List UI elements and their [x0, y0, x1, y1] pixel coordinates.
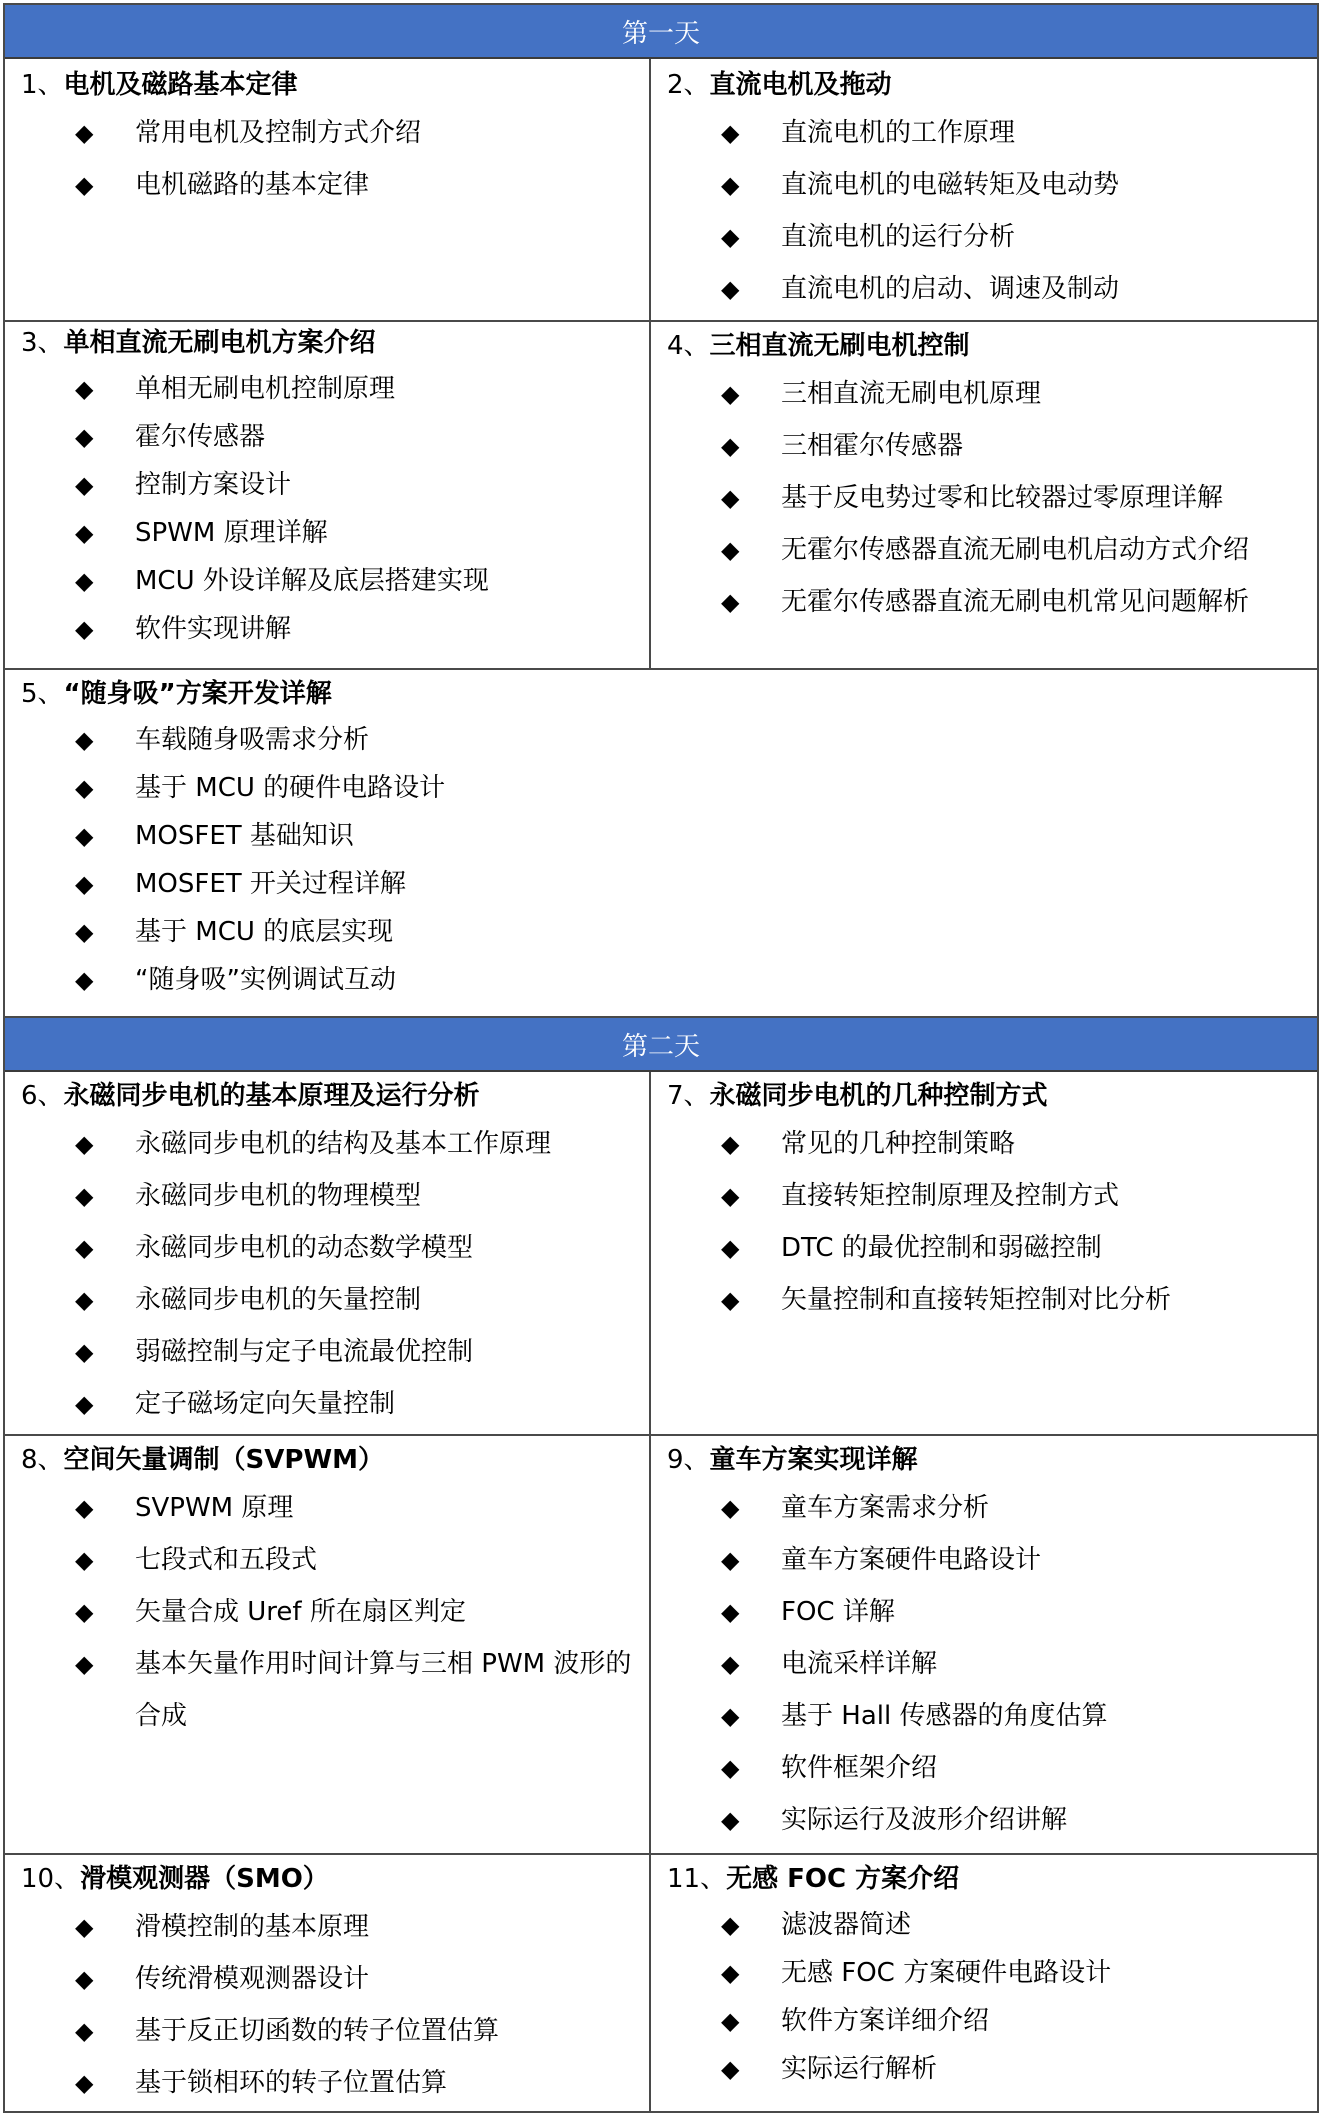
diamond-bullet-icon: ◆ [75, 1953, 105, 2005]
module-1-cell: 1、电机及磁路基本定律 ◆常用电机及控制方式介绍 ◆电机磁路的基本定律 [5, 59, 651, 320]
diamond-bullet-icon: ◆ [75, 1118, 105, 1170]
module-title: 8、空间矢量调制（SVPWM） [21, 1442, 649, 1482]
list-item: ◆童车方案硬件电路设计 [667, 1534, 1317, 1586]
module-title: 9、童车方案实现详解 [667, 1442, 1317, 1482]
module-11-cell: 11、无感 FOC 方案介绍 ◆滤波器简述 ◆无感 FOC 方案硬件电路设计 ◆… [653, 1855, 1317, 2111]
table-row: 5、“随身吸”方案开发详解 ◆车载随身吸需求分析 ◆基于 MCU 的硬件电路设计… [5, 670, 1317, 1018]
list-item: ◆电机磁路的基本定律 [21, 159, 649, 211]
module-3-cell: 3、单相直流无刷电机方案介绍 ◆单相无刷电机控制原理 ◆霍尔传感器 ◆控制方案设… [5, 322, 651, 668]
diamond-bullet-icon: ◆ [75, 1170, 105, 1222]
module-7-cell: 7、永磁同步电机的几种控制方式 ◆常见的几种控制策略 ◆直接转矩控制原理及控制方… [653, 1072, 1317, 1434]
module-title: 2、直流电机及拖动 [667, 67, 1317, 107]
module-2-cell: 2、直流电机及拖动 ◆直流电机的工作原理 ◆直流电机的电磁转矩及电动势 ◆直流电… [653, 59, 1317, 320]
day-1-label: 第一天 [622, 13, 700, 50]
diamond-bullet-icon: ◆ [75, 956, 105, 1004]
list-item: ◆电流采样详解 [667, 1638, 1317, 1690]
list-item: ◆定子磁场定向矢量控制 [21, 1378, 649, 1430]
day-2-header: 第二天 [5, 1018, 1317, 1072]
list-item: ◆MCU 外设详解及底层搭建实现 [21, 557, 649, 605]
list-item: ◆MOSFET 基础知识 [21, 812, 1317, 860]
diamond-bullet-icon: ◆ [75, 605, 105, 653]
list-item: ◆无霍尔传感器直流无刷电机常见问题解析 [667, 576, 1317, 628]
diamond-bullet-icon: ◆ [721, 1586, 751, 1638]
diamond-bullet-icon: ◆ [75, 1326, 105, 1378]
table-row: 3、单相直流无刷电机方案介绍 ◆单相无刷电机控制原理 ◆霍尔传感器 ◆控制方案设… [5, 322, 1317, 670]
module-4-cell: 4、三相直流无刷电机控制 ◆三相直流无刷电机原理 ◆三相霍尔传感器 ◆基于反电势… [653, 322, 1317, 668]
diamond-bullet-icon: ◆ [721, 1949, 751, 1997]
list-item: ◆矢量合成 Uref 所在扇区判定 [21, 1586, 649, 1638]
diamond-bullet-icon: ◆ [75, 1534, 105, 1586]
module-10-cell: 10、滑模观测器（SMO） ◆滑模控制的基本原理 ◆传统滑模观测器设计 ◆基于反… [5, 1855, 651, 2111]
diamond-bullet-icon: ◆ [721, 472, 751, 524]
list-item: ◆永磁同步电机的矢量控制 [21, 1274, 649, 1326]
diamond-bullet-icon: ◆ [721, 1170, 751, 1222]
list-item: ◆SVPWM 原理 [21, 1482, 649, 1534]
diamond-bullet-icon: ◆ [75, 413, 105, 461]
diamond-bullet-icon: ◆ [75, 509, 105, 557]
diamond-bullet-icon: ◆ [75, 1901, 105, 1953]
list-item: ◆单相无刷电机控制原理 [21, 365, 649, 413]
diamond-bullet-icon: ◆ [75, 1638, 105, 1690]
list-item: ◆基本矢量作用时间计算与三相 PWM 波形的合成 [21, 1638, 649, 1742]
list-item: ◆实际运行解析 [667, 2045, 1317, 2093]
list-item: ◆软件实现讲解 [21, 605, 649, 653]
list-item: ◆直流电机的运行分析 [667, 211, 1317, 263]
list-item: ◆基于 MCU 的底层实现 [21, 908, 1317, 956]
diamond-bullet-icon: ◆ [721, 211, 751, 263]
list-item: ◆DTC 的最优控制和弱磁控制 [667, 1222, 1317, 1274]
diamond-bullet-icon: ◆ [721, 1901, 751, 1949]
diamond-bullet-icon: ◆ [75, 860, 105, 908]
list-item: ◆“随身吸”实例调试互动 [21, 956, 1317, 1004]
diamond-bullet-icon: ◆ [721, 576, 751, 628]
list-item: ◆直流电机的工作原理 [667, 107, 1317, 159]
diamond-bullet-icon: ◆ [721, 420, 751, 472]
list-item: ◆基于 Hall 传感器的角度估算 [667, 1690, 1317, 1742]
list-item: ◆永磁同步电机的动态数学模型 [21, 1222, 649, 1274]
diamond-bullet-icon: ◆ [75, 1274, 105, 1326]
list-item: ◆滤波器简述 [667, 1901, 1317, 1949]
diamond-bullet-icon: ◆ [75, 557, 105, 605]
list-item: ◆软件方案详细介绍 [667, 1997, 1317, 2045]
diamond-bullet-icon: ◆ [721, 159, 751, 211]
list-item: ◆基于反电势过零和比较器过零原理详解 [667, 472, 1317, 524]
diamond-bullet-icon: ◆ [75, 716, 105, 764]
diamond-bullet-icon: ◆ [721, 524, 751, 576]
diamond-bullet-icon: ◆ [75, 365, 105, 413]
diamond-bullet-icon: ◆ [721, 1997, 751, 2045]
diamond-bullet-icon: ◆ [721, 1482, 751, 1534]
diamond-bullet-icon: ◆ [75, 1222, 105, 1274]
list-item: ◆基于反正切函数的转子位置估算 [21, 2005, 649, 2057]
list-item: ◆SPWM 原理详解 [21, 509, 649, 557]
diamond-bullet-icon: ◆ [721, 1794, 751, 1846]
list-item: ◆直接转矩控制原理及控制方式 [667, 1170, 1317, 1222]
list-item: ◆七段式和五段式 [21, 1534, 649, 1586]
list-item: ◆常见的几种控制策略 [667, 1118, 1317, 1170]
list-item: ◆三相霍尔传感器 [667, 420, 1317, 472]
table-row: 10、滑模观测器（SMO） ◆滑模控制的基本原理 ◆传统滑模观测器设计 ◆基于反… [5, 1855, 1317, 2111]
diamond-bullet-icon: ◆ [75, 1378, 105, 1430]
module-8-cell: 8、空间矢量调制（SVPWM） ◆SVPWM 原理 ◆七段式和五段式 ◆矢量合成… [5, 1436, 651, 1853]
diamond-bullet-icon: ◆ [721, 1638, 751, 1690]
list-item: ◆弱磁控制与定子电流最优控制 [21, 1326, 649, 1378]
diamond-bullet-icon: ◆ [75, 764, 105, 812]
diamond-bullet-icon: ◆ [721, 107, 751, 159]
diamond-bullet-icon: ◆ [75, 812, 105, 860]
list-item: ◆实际运行及波形介绍讲解 [667, 1794, 1317, 1846]
day-2-label: 第二天 [622, 1026, 700, 1063]
diamond-bullet-icon: ◆ [721, 1534, 751, 1586]
list-item: ◆无感 FOC 方案硬件电路设计 [667, 1949, 1317, 1997]
module-title: 4、三相直流无刷电机控制 [667, 328, 1317, 368]
list-item: ◆控制方案设计 [21, 461, 649, 509]
diamond-bullet-icon: ◆ [721, 1118, 751, 1170]
diamond-bullet-icon: ◆ [75, 2005, 105, 2057]
list-item: ◆滑模控制的基本原理 [21, 1901, 649, 1953]
diamond-bullet-icon: ◆ [75, 2057, 105, 2109]
diamond-bullet-icon: ◆ [721, 1274, 751, 1326]
table-row: 8、空间矢量调制（SVPWM） ◆SVPWM 原理 ◆七段式和五段式 ◆矢量合成… [5, 1436, 1317, 1855]
list-item: ◆三相直流无刷电机原理 [667, 368, 1317, 420]
diamond-bullet-icon: ◆ [721, 1742, 751, 1794]
module-title: 11、无感 FOC 方案介绍 [667, 1861, 1317, 1901]
diamond-bullet-icon: ◆ [75, 908, 105, 956]
diamond-bullet-icon: ◆ [75, 159, 105, 211]
course-schedule-table: 第一天 1、电机及磁路基本定律 ◆常用电机及控制方式介绍 ◆电机磁路的基本定律 … [3, 3, 1319, 2113]
day-1-header: 第一天 [5, 5, 1317, 59]
list-item: ◆矢量控制和直接转矩控制对比分析 [667, 1274, 1317, 1326]
module-title: 7、永磁同步电机的几种控制方式 [667, 1078, 1317, 1118]
module-title: 3、单相直流无刷电机方案介绍 [21, 325, 649, 365]
list-item: ◆车载随身吸需求分析 [21, 716, 1317, 764]
list-item: ◆无霍尔传感器直流无刷电机启动方式介绍 [667, 524, 1317, 576]
diamond-bullet-icon: ◆ [721, 263, 751, 315]
table-row: 6、永磁同步电机的基本原理及运行分析 ◆永磁同步电机的结构及基本工作原理 ◆永磁… [5, 1072, 1317, 1436]
diamond-bullet-icon: ◆ [721, 368, 751, 420]
module-title: 1、电机及磁路基本定律 [21, 67, 649, 107]
module-5-cell: 5、“随身吸”方案开发详解 ◆车载随身吸需求分析 ◆基于 MCU 的硬件电路设计… [5, 670, 1317, 1016]
list-item: ◆基于锁相环的转子位置估算 [21, 2057, 649, 2109]
list-item: ◆MOSFET 开关过程详解 [21, 860, 1317, 908]
diamond-bullet-icon: ◆ [75, 107, 105, 159]
diamond-bullet-icon: ◆ [721, 1222, 751, 1274]
list-item: ◆直流电机的启动、调速及制动 [667, 263, 1317, 315]
module-title: 5、“随身吸”方案开发详解 [21, 676, 1317, 716]
diamond-bullet-icon: ◆ [75, 1586, 105, 1638]
module-title: 10、滑模观测器（SMO） [21, 1861, 649, 1901]
list-item: ◆永磁同步电机的物理模型 [21, 1170, 649, 1222]
list-item: ◆直流电机的电磁转矩及电动势 [667, 159, 1317, 211]
diamond-bullet-icon: ◆ [721, 1690, 751, 1742]
diamond-bullet-icon: ◆ [75, 461, 105, 509]
list-item: ◆霍尔传感器 [21, 413, 649, 461]
list-item: ◆永磁同步电机的结构及基本工作原理 [21, 1118, 649, 1170]
list-item: ◆童车方案需求分析 [667, 1482, 1317, 1534]
module-9-cell: 9、童车方案实现详解 ◆童车方案需求分析 ◆童车方案硬件电路设计 ◆FOC 详解… [653, 1436, 1317, 1853]
list-item: ◆FOC 详解 [667, 1586, 1317, 1638]
list-item: ◆传统滑模观测器设计 [21, 1953, 649, 2005]
module-6-cell: 6、永磁同步电机的基本原理及运行分析 ◆永磁同步电机的结构及基本工作原理 ◆永磁… [5, 1072, 651, 1434]
module-title: 6、永磁同步电机的基本原理及运行分析 [21, 1078, 649, 1118]
diamond-bullet-icon: ◆ [75, 1482, 105, 1534]
list-item: ◆常用电机及控制方式介绍 [21, 107, 649, 159]
diamond-bullet-icon: ◆ [721, 2045, 751, 2093]
list-item: ◆软件框架介绍 [667, 1742, 1317, 1794]
table-row: 1、电机及磁路基本定律 ◆常用电机及控制方式介绍 ◆电机磁路的基本定律 2、直流… [5, 59, 1317, 322]
list-item: ◆基于 MCU 的硬件电路设计 [21, 764, 1317, 812]
